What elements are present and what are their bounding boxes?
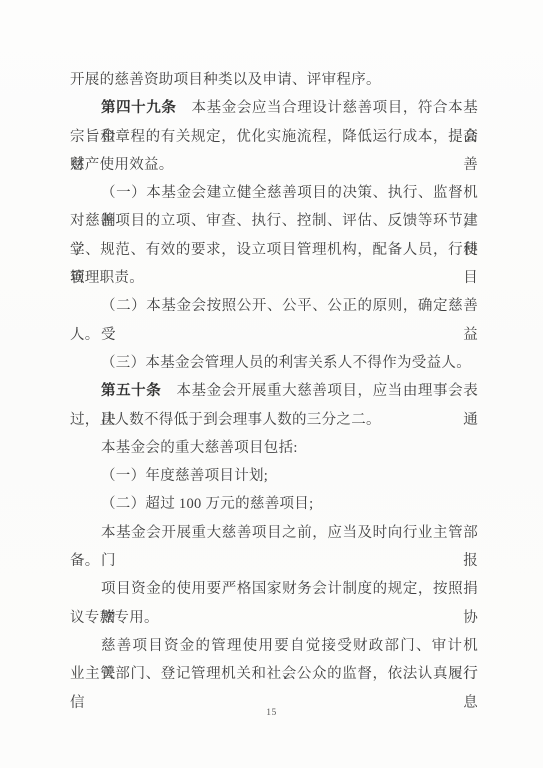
- article-50-heading-line: 第五十条 本基金会开展重大慈善项目，应当由理事会表决通: [70, 377, 478, 405]
- text-line: 开展的慈善资助项目种类以及申请、评审程序。: [70, 66, 478, 94]
- text-line: 宗旨和章程的有关规定，优化实施流程，降低运行成本，提高慈善: [70, 123, 478, 151]
- document-page: 开展的慈善资助项目种类以及申请、评审程序。 第四十九条 本基金会应当合理设计慈善…: [0, 0, 543, 768]
- article-number: 第五十条: [101, 383, 161, 399]
- article-number: 第四十九条: [101, 100, 176, 116]
- list-item-line: （一）年度慈善项目计划;: [70, 462, 478, 490]
- text-line: 业主管部门、登记管理机关和社会公众的监督，依法认真履行信息: [70, 660, 478, 688]
- text-line: 慈善项目资金的管理使用要自觉接受财政部门、审计机关、行: [70, 632, 478, 660]
- text-line: 对慈善项目的立项、审查、执行、控制、评估、反馈等环节建立科: [70, 207, 478, 235]
- document-text-block: 开展的慈善资助项目种类以及申请、评审程序。 第四十九条 本基金会应当合理设计慈善…: [70, 66, 478, 689]
- text-line: 本基金会的重大慈善项目包括:: [70, 434, 478, 462]
- text-line: 本基金会开展重大慈善项目之前，应当及时向行业主管部门报: [70, 519, 478, 547]
- text-line: 学、规范、有效的要求，设立项目管理机构，配备人员，行使项目: [70, 236, 478, 264]
- page-number: 15: [0, 708, 543, 718]
- text-line: （二）本基金会按照公开、公平、公正的原则，确定慈善受益: [70, 292, 478, 320]
- text-line: （一）本基金会建立健全慈善项目的决策、执行、监督机制，: [70, 179, 478, 207]
- list-item-line: （二）超过 100 万元的慈善项目;: [70, 490, 478, 518]
- text-line: （三）本基金会管理人员的利害关系人不得作为受益人。: [70, 349, 478, 377]
- text-line: 项目资金的使用要严格国家财务会计制度的规定，按照捐赠协: [70, 575, 478, 603]
- article-49-heading-line: 第四十九条 本基金会应当合理设计慈善项目，符合本基金会: [70, 94, 478, 122]
